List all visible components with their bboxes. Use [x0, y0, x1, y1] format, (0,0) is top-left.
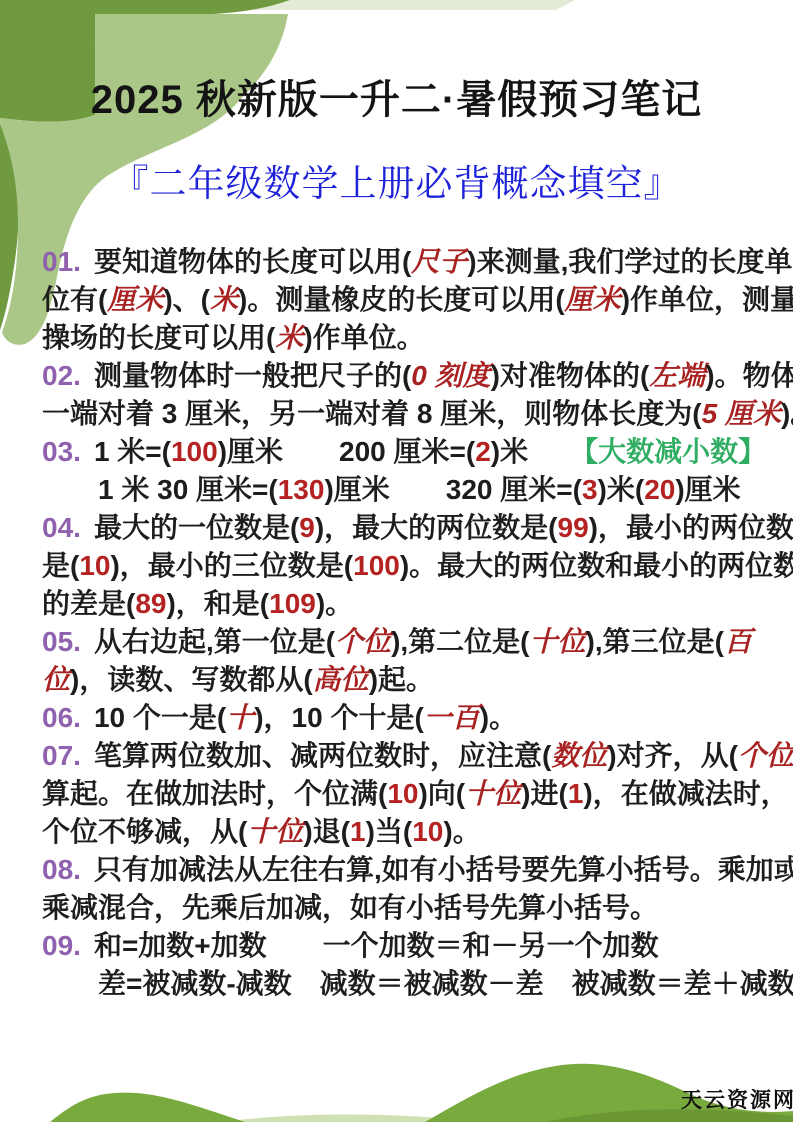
item-number: 03. — [42, 436, 81, 467]
text-line: 个位不够减，从(十位)退(1)当(10)。 — [42, 813, 766, 851]
body-text: 位有( — [42, 284, 107, 315]
body-text: )，最小的三位数是( — [110, 550, 353, 581]
page-title: 2025 秋新版一升二·暑假预习笔记 — [0, 68, 793, 125]
text-line: 的差是(89)，和是(109)。 — [42, 585, 766, 623]
item-number: 09. — [42, 930, 81, 961]
body-text: 和=加数+加数 一个加数＝和－另一个加数 — [94, 930, 659, 961]
answer-text: 尺子 — [411, 246, 467, 277]
answer-text: 左端 — [649, 360, 705, 391]
answer-text: 2 — [475, 436, 491, 467]
body-text: 个位不够减，从( — [42, 816, 247, 847]
body-text: 是( — [42, 550, 79, 581]
body-text: 10 个一是( — [94, 702, 226, 733]
body-text: )作单位，测量 — [621, 284, 793, 315]
body-text: 的差是( — [42, 588, 135, 619]
body-text: 算起。在做加法时，个位满( — [42, 778, 387, 809]
item-number: 05. — [42, 626, 81, 657]
answer-text: 99 — [558, 512, 589, 543]
text-line: 是(10)，最小的三位数是(100)。最大的两位数和最小的两位数 — [42, 547, 766, 585]
body-text: )，最大的两位数是( — [315, 512, 558, 543]
body-text: )，10 个十是( — [254, 702, 424, 733]
item-number: 07. — [42, 740, 81, 771]
answer-text: 9 — [299, 512, 315, 543]
answer-text: 百 — [724, 626, 752, 657]
body-text: 要知道物体的长度可以用( — [94, 246, 411, 277]
item-number: 02. — [42, 360, 81, 391]
text-line: 02.测量物体时一般把尺子的(0 刻度)对准物体的(左端)。物体 — [42, 357, 766, 395]
body-text: )对准物体的( — [491, 360, 650, 391]
answer-text: 20 — [644, 474, 675, 505]
text-line: 04.最大的一位数是(9)，最大的两位数是(99)，最小的两位数 — [42, 509, 766, 547]
answer-text: 厘米 — [565, 284, 621, 315]
body-text: )，最小的两位数 — [589, 512, 793, 543]
item-number: 08. — [42, 854, 81, 885]
answer-text: 个位 — [335, 626, 391, 657]
answer-text: 厘米 — [107, 284, 163, 315]
text-line: 位)，读数、写数都从(高位)起。 — [42, 661, 766, 699]
body-text: 1 米 30 厘米=( — [42, 474, 278, 505]
body-text: ),第三位是( — [586, 626, 724, 657]
answer-text: 十 — [226, 702, 254, 733]
body-text: )米( — [598, 474, 645, 505]
text-line: 05.从右边起,第一位是(个位),第二位是(十位),第三位是(百 — [42, 623, 766, 661]
answer-text: 十位 — [465, 778, 521, 809]
answer-text: 米 — [275, 322, 303, 353]
answer-text: 十位 — [530, 626, 586, 657]
body-text: )对齐，从( — [607, 740, 738, 771]
answer-text: 100 — [353, 550, 400, 581]
worksheet-page: { "colors": { "pale_green": "#e3ebd8", "… — [0, 0, 793, 1122]
body-text: )向( — [418, 778, 465, 809]
text-line: 算起。在做加法时，个位满(10)向(十位)进(1)，在做减法时， — [42, 775, 766, 813]
text-line: 06.10 个一是(十)，10 个十是(一百)。 — [42, 699, 766, 737]
text-line: 01.要知道物体的长度可以用(尺子)来测量,我们学过的长度单 — [42, 243, 766, 281]
body-text: )作单位。 — [303, 322, 424, 353]
answer-text: 10 — [387, 778, 418, 809]
text-line: 09.和=加数+加数 一个加数＝和－另一个加数 — [42, 927, 766, 965]
text-line: 乘减混合，先乘后加减，如有小括号先算小括号。 — [42, 889, 766, 927]
answer-text: 位 — [42, 664, 70, 695]
body-text: )。 — [480, 702, 517, 733]
body-text: 只有加减法从左往右算,如有小括号要先算小括号。乘加或 — [94, 854, 793, 885]
body-text: )，和是( — [166, 588, 269, 619]
text-line: 操场的长度可以用(米)作单位。 — [42, 319, 766, 357]
bottom-hills-decoration — [0, 1002, 793, 1122]
body-text: 笔算两位数加、减两位数时，应注意( — [94, 740, 551, 771]
text-line: 08.只有加减法从左往右算,如有小括号要先算小括号。乘加或 — [42, 851, 766, 889]
answer-text: 10 — [412, 816, 443, 847]
answer-text: 1 — [568, 778, 584, 809]
body-text: 差=被减数-减数 减数＝被减数－差 被减数＝差＋减数 — [42, 968, 793, 999]
answer-text: 0 刻度 — [411, 360, 490, 391]
body-text: ),第二位是( — [391, 626, 529, 657]
page-subtitle: 『二年级数学上册必背概念填空』 — [0, 153, 793, 207]
body-text: )。 — [443, 816, 480, 847]
answer-text: 3 — [582, 474, 598, 505]
body-text: )、( — [163, 284, 210, 315]
body-text: 测量物体时一般把尺子的( — [94, 360, 411, 391]
answer-text: 89 — [135, 588, 166, 619]
annotation-text: 【大数减小数】 — [584, 436, 766, 467]
body-text: 从右边起,第一位是( — [94, 626, 335, 657]
answer-text: 1 — [350, 816, 366, 847]
body-text: )厘米 — [675, 474, 740, 505]
answer-text: 100 — [171, 436, 218, 467]
item-number: 04. — [42, 512, 81, 543]
answer-text: 数位 — [551, 740, 607, 771]
body-text: 操场的长度可以用( — [42, 322, 275, 353]
body-text: 1 米=( — [94, 436, 171, 467]
body-text: 乘减混合，先乘后加减，如有小括号先算小括号。 — [42, 892, 658, 923]
text-line: 位有(厘米)、(米)。测量橡皮的长度可以用(厘米)作单位，测量 — [42, 281, 766, 319]
content-list: 01.要知道物体的长度可以用(尺子)来测量,我们学过的长度单位有(厘米)、(米)… — [42, 243, 766, 1003]
answer-text: 米 — [210, 284, 238, 315]
text-line: 一端对着 3 厘米，另一端对着 8 厘米，则物体长度为(5 厘米)。 — [42, 395, 766, 433]
body-text: )当( — [366, 816, 413, 847]
body-text: 一端对着 3 厘米，另一端对着 8 厘米，则物体长度为( — [42, 398, 702, 429]
item-number: 01. — [42, 246, 81, 277]
answer-text: 10 — [79, 550, 110, 581]
text-line: 差=被减数-减数 减数＝被减数－差 被减数＝差＋减数 — [42, 965, 766, 1003]
answer-text: 130 — [278, 474, 325, 505]
answer-text: 一百 — [424, 702, 480, 733]
item-number: 06. — [42, 702, 81, 733]
body-text: )厘米 320 厘米=( — [324, 474, 582, 505]
body-text: )米 — [491, 436, 584, 467]
body-text: )厘米 200 厘米=( — [218, 436, 476, 467]
watermark: 天云资源网 — [681, 1084, 793, 1114]
answer-text: 109 — [269, 588, 316, 619]
body-text: )。 — [316, 588, 353, 619]
body-text: )。测量橡皮的长度可以用( — [238, 284, 565, 315]
answer-text: 高位 — [313, 664, 369, 695]
body-text: 最大的一位数是( — [94, 512, 299, 543]
body-text: )。 — [781, 398, 793, 429]
body-text: )，在做减法时， — [583, 778, 788, 809]
text-line: 03.1 米=(100)厘米 200 厘米=(2)米 【大数减小数】 — [42, 433, 766, 471]
body-text: )。最大的两位数和最小的两位数 — [400, 550, 793, 581]
answer-text: 十位 — [247, 816, 303, 847]
body-text: )，读数、写数都从( — [70, 664, 313, 695]
body-text: )起。 — [369, 664, 434, 695]
text-line: 1 米 30 厘米=(130)厘米 320 厘米=(3)米(20)厘米 — [42, 471, 766, 509]
body-text: )退( — [303, 816, 350, 847]
answer-text: 5 厘米 — [702, 398, 781, 429]
body-text: )进( — [521, 778, 568, 809]
body-text: )来测量,我们学过的长度单 — [467, 246, 792, 277]
answer-text: 个位 — [738, 740, 793, 771]
text-line: 07.笔算两位数加、减两位数时，应注意(数位)对齐，从(个位) — [42, 737, 766, 775]
body-text: )。物体 — [705, 360, 793, 391]
